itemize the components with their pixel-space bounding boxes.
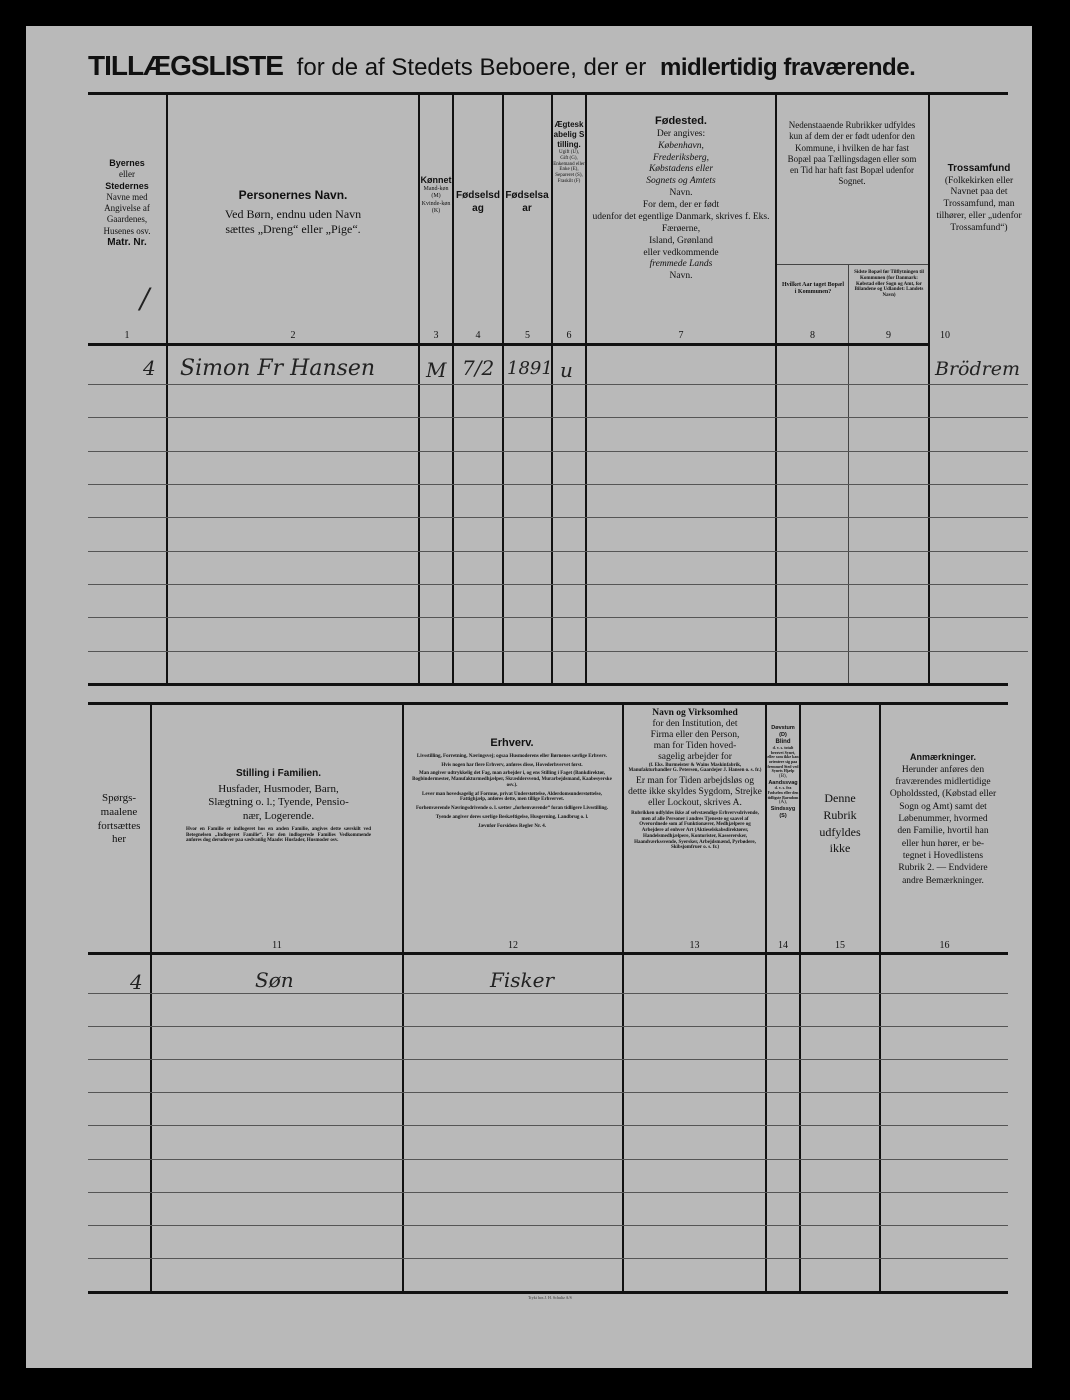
col-number: 4 (454, 330, 502, 341)
row-rule (88, 517, 1028, 518)
row1-birthday: 7/2 (462, 356, 494, 380)
col16-line: Rubrik 2. — Endvidere (883, 862, 1003, 874)
col13-title-line: sagelig arbejder for (628, 752, 762, 763)
row-rule (88, 993, 1008, 994)
col11-line: Husfader, Husmoder, Barn, (186, 783, 371, 797)
lower-table-top-rule (88, 702, 1008, 705)
upper-col-divider (585, 95, 587, 683)
col12-paragraph: Jævnfør Forsidens Regler Nr. 4. (412, 824, 612, 830)
form-title: TILLÆGSLISTE for de af Stedets Beboere, … (88, 50, 1018, 82)
col-number: 13 (624, 940, 765, 951)
col16-line: Løbenummer, hvormed (883, 813, 1003, 825)
title-bold-tillaegsliste: TILLÆGSLISTE (88, 50, 283, 82)
col6-title: Ægteskabelig Stilling. (553, 120, 585, 150)
col11-line: Slægtning o. l.; Tyende, Pensio- (186, 796, 371, 810)
col-number: 12 (404, 940, 622, 951)
col13-example: (f. Eks. Burmeister & Wains Maskinfabrik… (628, 763, 762, 775)
col-number: 3 (420, 330, 452, 341)
col16-header: Anmærkninger. Herunder anføres den fravæ… (883, 752, 1003, 887)
col15-line: udfyldes (801, 824, 879, 841)
col3-line: Kvinde-køn (K) (420, 201, 452, 215)
col-number: 10 (930, 330, 960, 341)
col13-title-line: Navn og Virksomhed (628, 708, 762, 719)
row-rule (88, 484, 1028, 485)
col6-line: Separeret (S), (553, 173, 585, 179)
row-rule (88, 1059, 1008, 1060)
col-number: 9 (849, 330, 928, 341)
continuation-note: Spørgs- maalene fortsættes her (88, 792, 150, 847)
col1-line: Husenes osv. (88, 226, 166, 237)
col16-line: tegnet i Hovedlistens (883, 850, 1003, 862)
col14-line: Døvstum (D) (767, 725, 799, 739)
col12-paragraph: Man angiver udtrykkelig det Fag, man arb… (412, 771, 612, 788)
lower-col-divider (622, 705, 624, 1292)
col1-line: eller (88, 169, 166, 180)
row1-matr: 4 (143, 356, 156, 380)
col16-line: Sogn og Amt) samt det (883, 801, 1003, 813)
continuation-line: fortsættes (88, 820, 150, 834)
col8-9-group-note: Nedenstaaende Rubrikker udfyldes kun af … (785, 120, 919, 188)
row-rule (88, 417, 1028, 418)
col-number: 6 (553, 330, 585, 341)
col7-line: Sognets og Amtets (592, 176, 770, 188)
col11-line: nær, Logerende. (186, 810, 371, 824)
col-number: 11 (152, 940, 402, 951)
row1-marital: u (560, 358, 573, 382)
continuation-line: her (88, 833, 150, 847)
upper-table-bottom-rule (88, 683, 1008, 686)
lower-table-bottom-rule (88, 1291, 1008, 1294)
col15-header: Denne Rubrik udfyldes ikke (801, 790, 879, 857)
title-regular: for de af Stedets Beboere, der er (297, 54, 647, 81)
col3-header: Kønnet Mand-køn (M) Kvinde-køn (K) (420, 175, 452, 215)
col2-title: Personernes Navn. (168, 188, 418, 203)
row-rule (88, 651, 1028, 652)
col-number: 15 (801, 940, 879, 951)
handwritten-matr-mark: / (140, 282, 149, 315)
row1-name: Simon Fr Hansen (180, 356, 375, 381)
row-rule (88, 1159, 1008, 1160)
upper-col-divider (928, 95, 930, 683)
col7-line: Købstadens eller (592, 164, 770, 176)
upper-col-divider (452, 95, 454, 683)
col7-line: Island, Grønland (592, 236, 770, 248)
col15-line: Denne (801, 790, 879, 807)
col7-title: Fødested. (592, 115, 770, 129)
row-rule (88, 1026, 1008, 1027)
col6-line: Fraskilt (F) (553, 179, 585, 185)
col13-header: Navn og Virksomhed for den Institution, … (628, 708, 762, 851)
upper-subheader-rule (777, 264, 928, 265)
col10-header: Trossamfund (Folkekirken eller Navnet pa… (931, 163, 1027, 235)
col7-line: eller vedkommende (592, 248, 770, 260)
col7-line: Navn. (592, 271, 770, 283)
col16-line: Opholdssted, (Købstad eller (883, 788, 1003, 800)
upper-header-rule (88, 343, 928, 346)
col2-line: sættes „Dreng“ eller „Pige“. (168, 222, 418, 237)
row-rule (88, 1225, 1008, 1226)
col4-header: Fødselsdag (456, 190, 500, 215)
col12-header: Erhverv. Livsstilling, Forretning, Nærin… (412, 737, 612, 829)
lower-col-divider (402, 705, 404, 1292)
col14-line: Sindssyg (S) (767, 806, 799, 820)
col16-line: Herunder anføres den (883, 764, 1003, 776)
col9-header: Sidste Bopæl før Tilflytningen til Kommu… (851, 270, 927, 299)
row-rule (88, 551, 1028, 552)
col1-line: Byernes (88, 158, 166, 169)
col1-line: Matr. Nr. (88, 237, 166, 250)
col15-line: ikke (801, 840, 879, 857)
col12-title: Erhverv. (412, 737, 612, 751)
col14-line: d. v. s. fra Fødselen eller den tidligst… (767, 786, 799, 800)
col15-line: Rubrik (801, 807, 879, 824)
title-bold-midlertidig: midlertidig fraværende. (660, 54, 915, 82)
col-number: 7 (587, 330, 775, 341)
row1-religion: Brödrem (935, 358, 1020, 380)
col-number: 1 (88, 330, 166, 341)
col11-title: Stilling i Familien. (186, 768, 371, 781)
upper-col-divider (166, 95, 168, 683)
col16-title: Anmærkninger. (883, 752, 1003, 764)
col1-line: Angivelse af (88, 203, 166, 214)
col7-line: Navn. (592, 188, 770, 200)
col2-line: Ved Børn, endnu uden Navn (168, 207, 418, 222)
row1-occupation: Fisker (490, 968, 554, 992)
col16-line: andre Bemærkninger. (883, 875, 1003, 887)
col13-title-line: Firma eller den Person, (628, 730, 762, 741)
row-rule (88, 1092, 1008, 1093)
col5-header: Fødselsaar (505, 190, 549, 215)
col7-line: Frederiksberg, (592, 153, 770, 165)
continuation-line: maalene (88, 806, 150, 820)
col6-line: Enkemand eller Enke (E), (553, 162, 585, 174)
col-number: 5 (504, 330, 551, 341)
col14-line: d. v. s. totalt berøvet Synet, eller som… (767, 746, 799, 774)
upper-col-divider-thin (848, 264, 849, 683)
col1-line: Navne med (88, 192, 166, 203)
lower-header-rule (88, 952, 1008, 955)
col13-title-line: man for Tiden hoved- (628, 741, 762, 752)
col7-header: Fødested. Der angives: København, Freder… (592, 115, 770, 283)
col12-paragraph: Livsstilling, Forretning, Næringsvej; og… (412, 754, 612, 760)
col2-header: Personernes Navn. Ved Børn, endnu uden N… (168, 188, 418, 237)
col16-line: den Familie, hvortil han (883, 825, 1003, 837)
col3-line: Mand-køn (M) (420, 186, 452, 200)
col8-header: Hvilket Aar taget Bopæl i Kommunen? (781, 282, 845, 296)
printer-imprint: Trykt hos J. H. Schultz A/S (470, 1295, 630, 1300)
col1-header: Byernes eller Stedernes Navne med Angive… (88, 158, 166, 249)
col13-unemployed-note: Er man for Tiden arbejdsløs og dette ikk… (628, 776, 762, 809)
col10-line: (Folkekirken eller Navnet paa det Trossa… (931, 176, 1027, 235)
col16-line: fraværendes midlertidige (883, 776, 1003, 788)
col16-line: eller hun hører, er be- (883, 838, 1003, 850)
row-rule (88, 1192, 1008, 1193)
col12-paragraph: Forhenværende Næringsdrivende o. l. sætt… (412, 806, 612, 812)
col1-line: Stedernes (88, 181, 166, 192)
row-rule (88, 617, 1028, 618)
col1-line: Gaardenes, (88, 214, 166, 225)
col-number: 2 (168, 330, 418, 341)
row-rule (88, 584, 1028, 585)
col-number: 16 (881, 940, 1008, 951)
row1-birthyear: 1891 (507, 358, 553, 379)
lower-col-divider (879, 705, 881, 1292)
row1-sex: M (426, 358, 446, 382)
col13-title-line: for den Institution, det (628, 719, 762, 730)
col3-title: Kønnet (420, 175, 452, 186)
col7-line: København, (592, 141, 770, 153)
row-rule (88, 384, 1028, 385)
row-rule (88, 1125, 1008, 1126)
col7-line: udenfor det egentlige Danmark, skrives f… (592, 212, 770, 236)
row1-family-position: Søn (255, 968, 294, 992)
continuation-line: Spørgs- (88, 792, 150, 806)
col12-paragraph: Hvis nogen har flere Erhverv, anføres di… (412, 763, 612, 769)
col11-header: Stilling i Familien. Husfader, Husmoder,… (186, 768, 371, 844)
col7-line: fremmede Lands (592, 259, 770, 271)
col13-small-note: Rubrikken udfyldes ikke af selvstændige … (628, 811, 762, 851)
row-rule (88, 1258, 1008, 1259)
title-rule (88, 92, 1008, 95)
col11-note: Hvor en Familie er indlogeret hos en and… (186, 827, 371, 844)
row-rule (88, 451, 1028, 452)
lower-col-divider (150, 705, 152, 1292)
col12-paragraph: Tyende angiver deres særlige Beskæftigel… (412, 815, 612, 821)
col6-header: Ægteskabelig Stilling. Ugift (U), Gift (… (553, 120, 585, 185)
col12-paragraph: Lever man hovedsagelig af Formue, privat… (412, 792, 612, 804)
col-number: 8 (777, 330, 848, 341)
col7-line: For dem, der er født (592, 200, 770, 212)
row1-lower-matr: 4 (130, 970, 143, 994)
col14-header: Døvstum (D) Blind d. v. s. totalt berøve… (767, 725, 799, 820)
col-number: 14 (767, 940, 799, 951)
upper-col-divider (775, 95, 777, 683)
col7-line: Der angives: (592, 129, 770, 141)
col10-title: Trossamfund (931, 163, 1027, 176)
upper-col-divider (502, 95, 504, 683)
